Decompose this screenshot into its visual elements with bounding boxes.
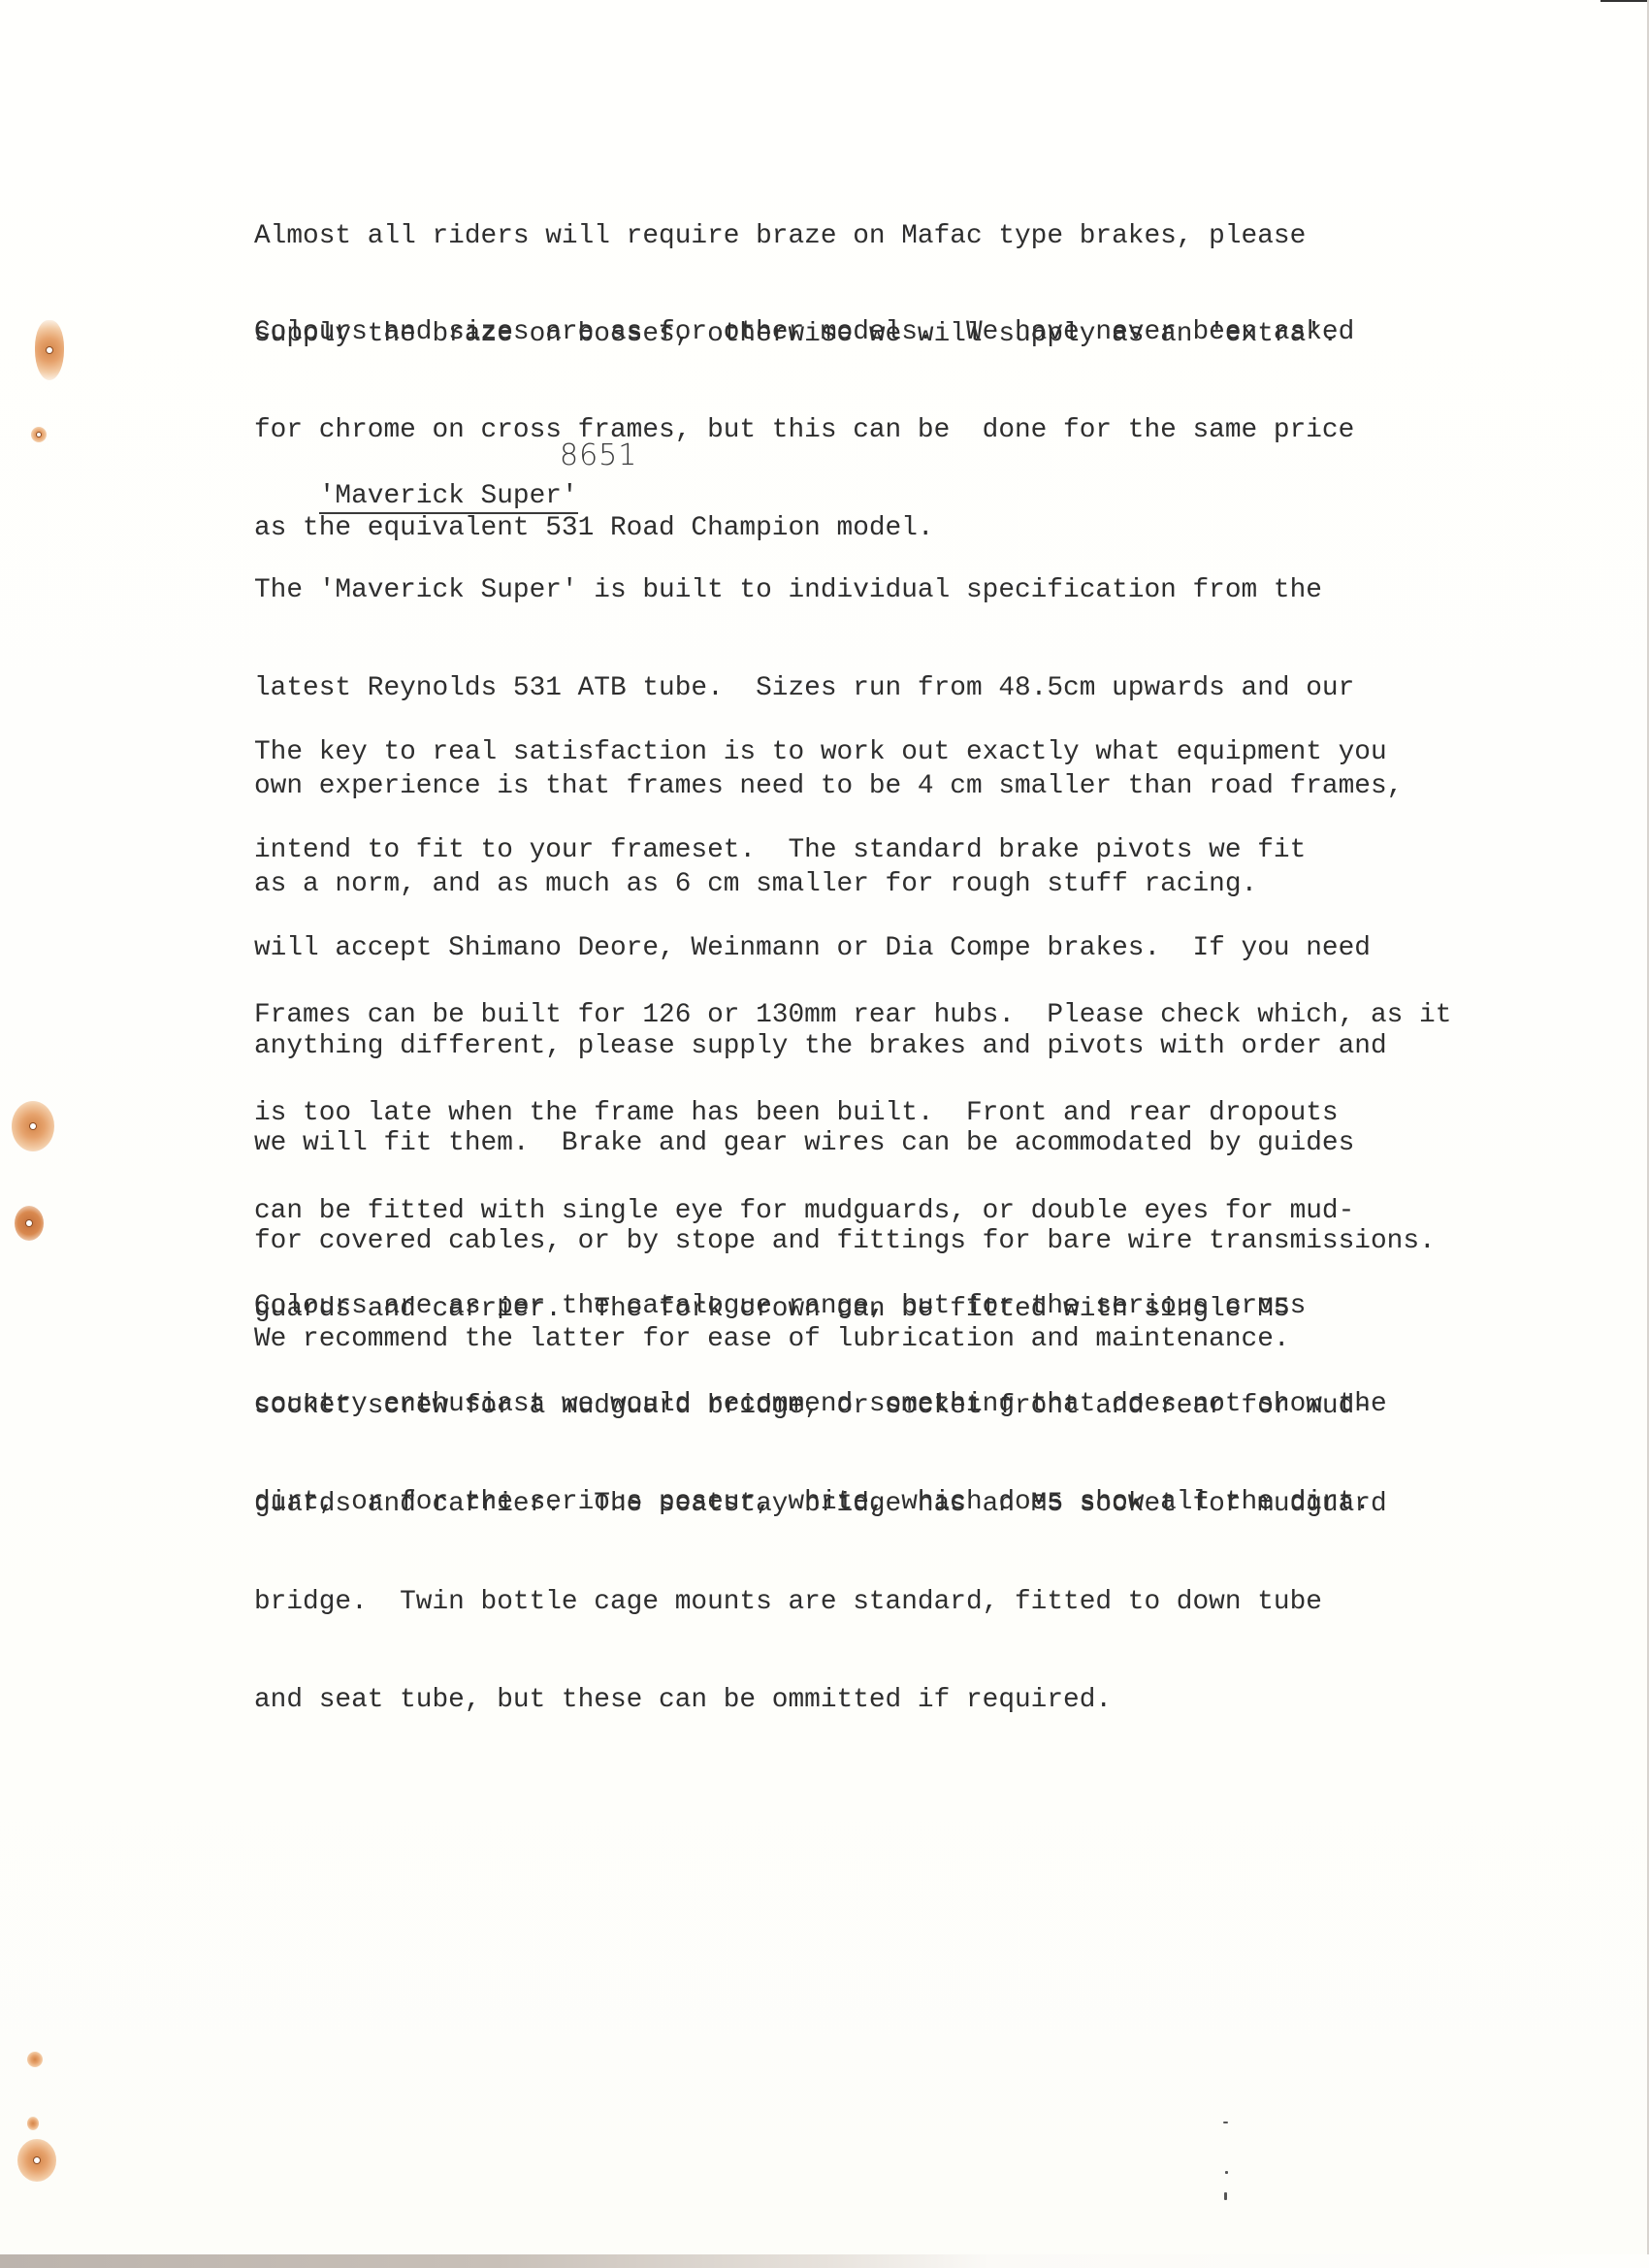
punch-hole bbox=[47, 347, 52, 353]
text-line: Almost all riders will require braze on … bbox=[254, 220, 1339, 253]
rust-stain bbox=[15, 1206, 44, 1241]
text-line: is too late when the frame has been buil… bbox=[254, 1097, 1451, 1130]
rust-stain bbox=[35, 320, 64, 380]
text-line: The key to real satisfaction is to work … bbox=[254, 736, 1436, 769]
punch-hole bbox=[26, 1220, 32, 1226]
punch-hole bbox=[30, 1123, 36, 1129]
text-line: Colours and sizes are as for other model… bbox=[254, 316, 1354, 349]
text-line: dirt, or for the serious poseur, white, … bbox=[254, 1486, 1387, 1519]
paragraph-colours-range: Colours are as per the catalogue range, … bbox=[254, 1225, 1387, 1584]
punch-hole bbox=[34, 2157, 40, 2163]
text-line: Frames can be built for 126 or 130mm rea… bbox=[254, 999, 1451, 1032]
scan-edge bbox=[1600, 0, 1649, 2]
text-line: and seat tube, but these can be ommitted… bbox=[254, 1684, 1451, 1717]
section-heading: 'Maverick Super' 8651 bbox=[254, 438, 578, 477]
text-line: can be fitted with single eye for mudgua… bbox=[254, 1195, 1451, 1228]
model-code: 8651 bbox=[560, 437, 637, 475]
text-line: Colours are as per the catalogue range, … bbox=[254, 1290, 1387, 1323]
text-line: country enthusiast we would recommend so… bbox=[254, 1388, 1387, 1421]
rust-stain bbox=[12, 1101, 54, 1151]
rust-stain bbox=[27, 2052, 43, 2067]
rust-stain bbox=[31, 427, 47, 442]
rust-stain bbox=[27, 2117, 39, 2130]
text-line: The 'Maverick Super' is built to individ… bbox=[254, 574, 1403, 607]
scan-edge bbox=[0, 2254, 1649, 2268]
scanned-page: Almost all riders will require braze on … bbox=[0, 0, 1649, 2268]
text-line: intend to fit to your frameset. The stan… bbox=[254, 834, 1436, 867]
text-line: bridge. Twin bottle cage mounts are stan… bbox=[254, 1586, 1451, 1619]
ink-speck bbox=[1225, 2171, 1228, 2174]
ink-speck bbox=[1224, 2192, 1227, 2200]
ink-speck bbox=[1223, 2122, 1228, 2123]
rust-stain bbox=[17, 2139, 56, 2182]
punch-hole bbox=[37, 433, 41, 437]
